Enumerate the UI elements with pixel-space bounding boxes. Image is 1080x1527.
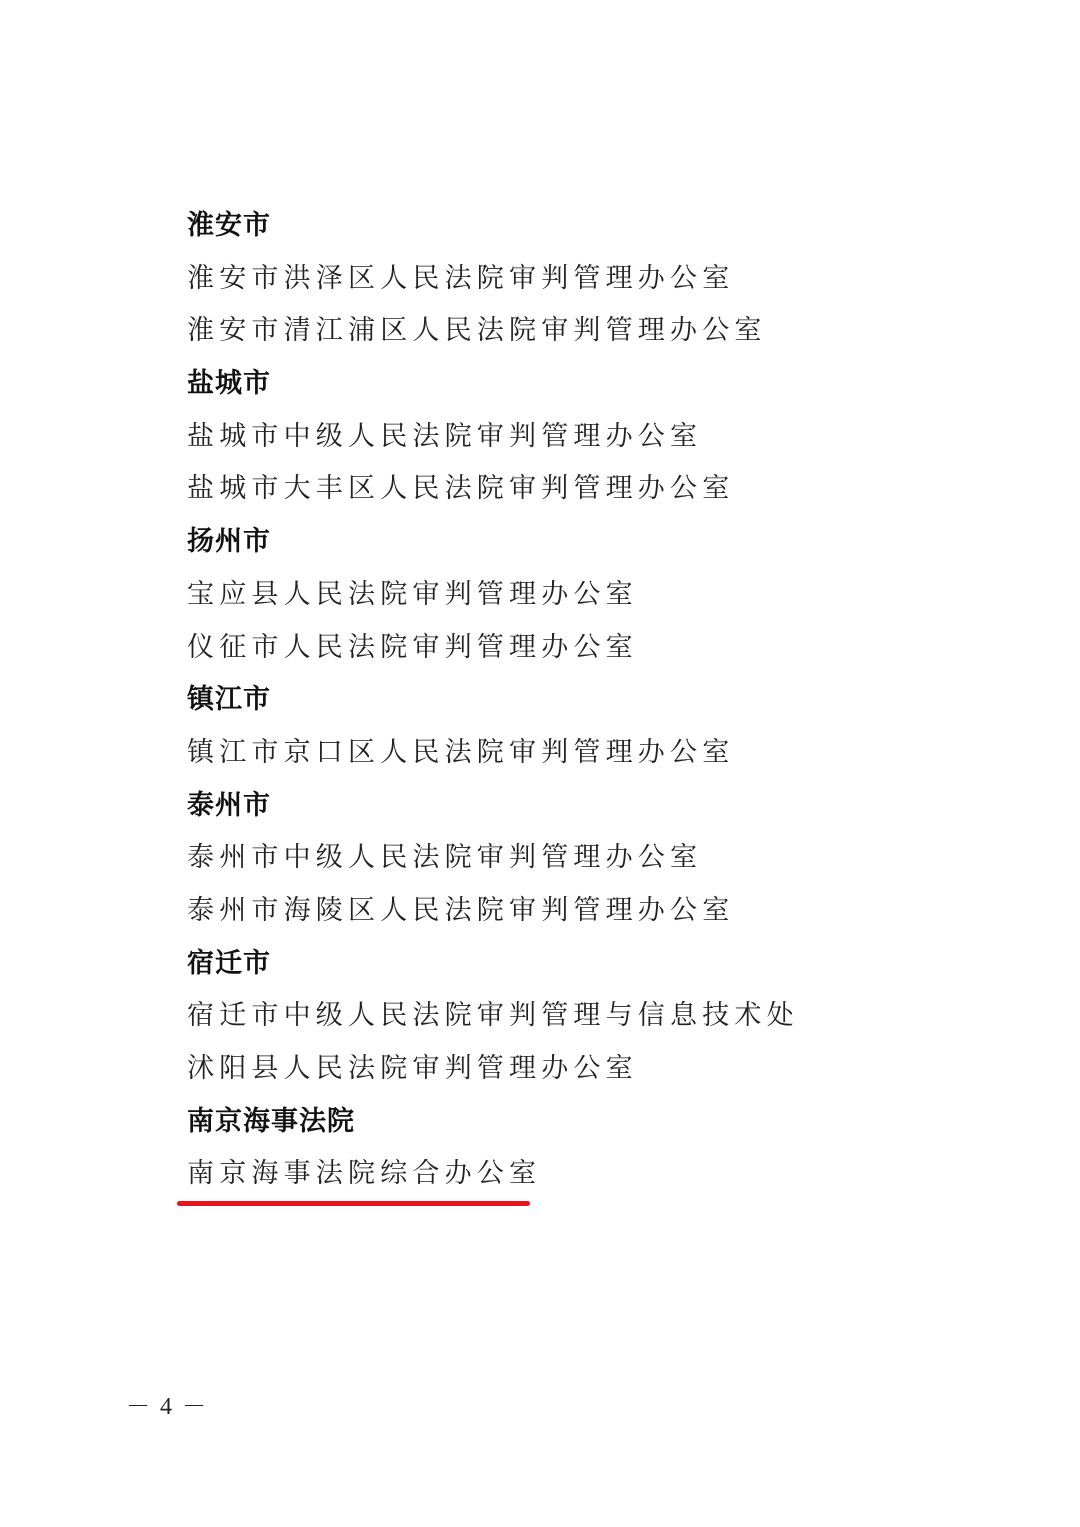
list-item: 泰州市中级人民法院审判管理办公室 (187, 832, 799, 885)
list-item: 沭阳县人民法院审判管理办公室 (187, 1043, 799, 1096)
list-item: 宝应县人民法院审判管理办公室 (187, 569, 799, 622)
section-heading-zhenjiang: 镇江市 (187, 674, 799, 727)
list-item: 盐城市中级人民法院审判管理办公室 (187, 411, 799, 464)
list-item: 泰州市海陵区人民法院审判管理办公室 (187, 885, 799, 938)
list-item: 宿迁市中级人民法院审判管理与信息技术处 (187, 990, 799, 1043)
section-heading-nanjing-maritime-court: 南京海事法院 (187, 1096, 799, 1149)
list-item: 盐城市大丰区人民法院审判管理办公室 (187, 463, 799, 516)
section-heading-yangzhou: 扬州市 (187, 516, 799, 569)
page-number: － 4 － (126, 1386, 208, 1421)
section-heading-suqian: 宿迁市 (187, 938, 799, 991)
list-item: 淮安市清江浦区人民法院审判管理办公室 (187, 305, 799, 358)
document-page: 淮安市 淮安市洪泽区人民法院审判管理办公室 淮安市清江浦区人民法院审判管理办公室… (0, 0, 1080, 1527)
red-highlight-underline (177, 1201, 530, 1206)
list-item: 仪征市人民法院审判管理办公室 (187, 622, 799, 675)
section-heading-huaian: 淮安市 (187, 200, 799, 253)
court-office-list: 淮安市 淮安市洪泽区人民法院审判管理办公室 淮安市清江浦区人民法院审判管理办公室… (187, 200, 799, 1201)
section-heading-yancheng: 盐城市 (187, 358, 799, 411)
list-item: 淮安市洪泽区人民法院审判管理办公室 (187, 253, 799, 306)
list-item-highlighted: 南京海事法院综合办公室 (187, 1148, 799, 1201)
section-heading-taizhou: 泰州市 (187, 780, 799, 833)
list-item: 镇江市京口区人民法院审判管理办公室 (187, 727, 799, 780)
